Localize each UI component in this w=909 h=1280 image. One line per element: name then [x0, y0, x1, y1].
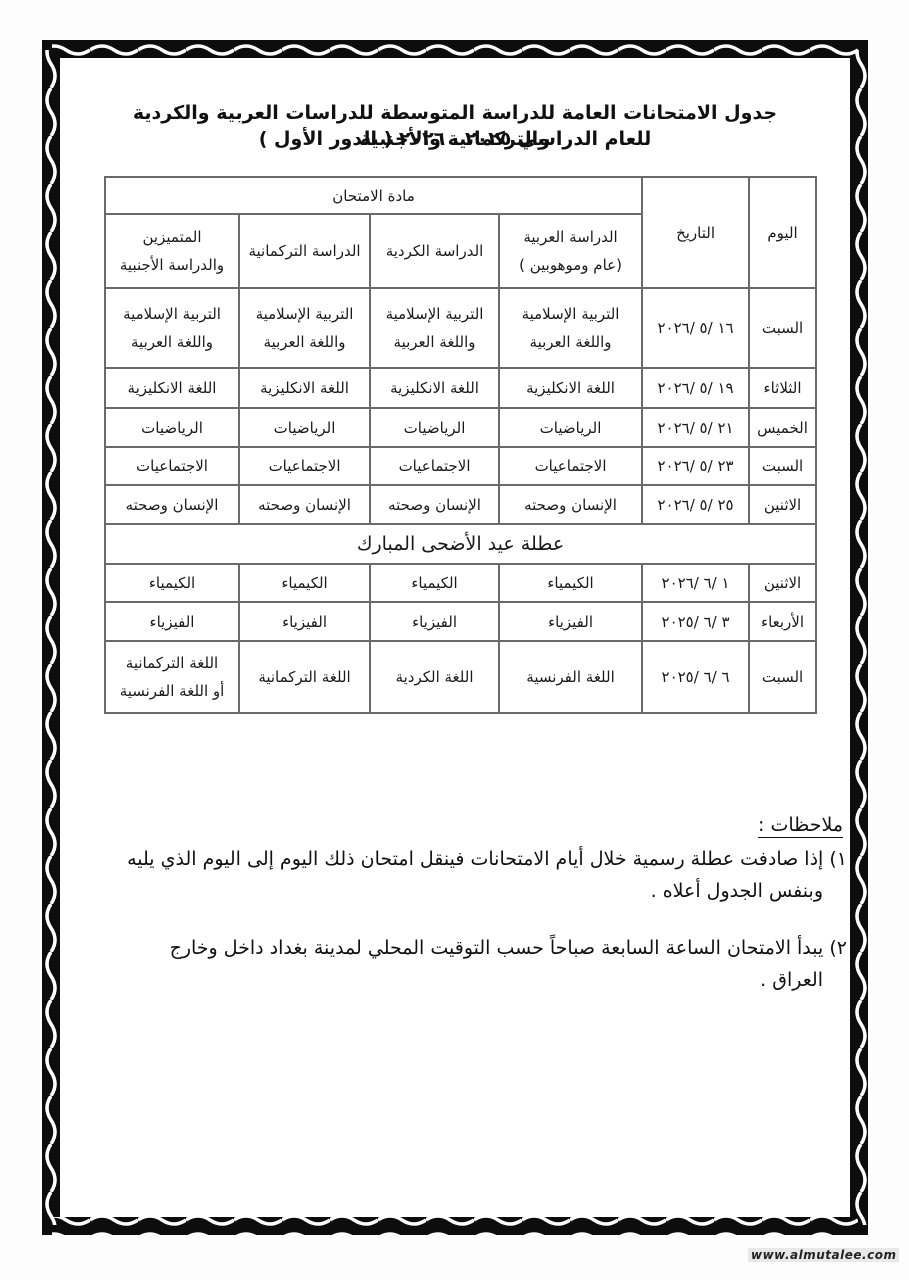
- cell-day: السبت: [749, 641, 816, 713]
- cell-date: ١٦ /٥ /٢٠٢٦: [642, 288, 749, 368]
- header-foreign-line1: المتميزين: [143, 228, 202, 246]
- cell-arabic: الكيمياء: [499, 564, 642, 602]
- cell-day: الأربعاء: [749, 602, 816, 641]
- cell-arabic: التربية الإسلاميةواللغة العربية: [499, 288, 642, 368]
- cell-foreign: اللغة الانكليزية: [105, 368, 239, 408]
- cell-day: الاثنين: [749, 485, 816, 524]
- note-text-continued: وبنفس الجدول أعلاه .: [107, 875, 847, 907]
- note-text-continued: العراق .: [107, 964, 847, 996]
- cell-kurdish: اللغة الانكليزية: [370, 368, 499, 408]
- cell-arabic: الفيزياء: [499, 602, 642, 641]
- cell-foreign: الرياضيات: [105, 408, 239, 447]
- cell-turkmen: اللغة التركمانية: [239, 641, 370, 713]
- table-row: الأربعاء ٣ /٦ /٢٠٢٥ الفيزياء الفيزياء ال…: [105, 602, 816, 641]
- notes-heading: ملاحظات :: [758, 814, 843, 836]
- cell-kurdish: الاجتماعيات: [370, 447, 499, 485]
- cell-arabic: الاجتماعيات: [499, 447, 642, 485]
- header-row-1: اليوم التاريخ مادة الامتحان: [105, 177, 816, 214]
- header-date: التاريخ: [642, 177, 749, 288]
- holiday-row: عطلة عيد الأضحى المبارك: [105, 524, 816, 564]
- cell-date: ٢٥ /٥ /٢٠٢٦: [642, 485, 749, 524]
- cell-arabic: اللغة الانكليزية: [499, 368, 642, 408]
- cell-foreign: اللغة التركمانيةأو اللغة الفرنسية: [105, 641, 239, 713]
- note-text: يبدأ الامتحان الساعة السابعة صباحاً حسب …: [170, 937, 824, 959]
- header-arabic-line2: (عام وموهوبين ): [519, 256, 622, 274]
- exam-schedule-table: اليوم التاريخ مادة الامتحان الدراسة العر…: [104, 176, 817, 714]
- cell-arabic: الرياضيات: [499, 408, 642, 447]
- cell-date: ١٩ /٥ /٢٠٢٦: [642, 368, 749, 408]
- cell-day: الاثنين: [749, 564, 816, 602]
- note-text: إذا صادفت عطلة رسمية خلال أيام الامتحانا…: [127, 848, 823, 870]
- cell-date: ١ /٦ /٢٠٢٦: [642, 564, 749, 602]
- cell-arabic: اللغة الفرنسية: [499, 641, 642, 713]
- note-number: ١): [829, 848, 847, 870]
- cell-day: الخميس: [749, 408, 816, 447]
- cell-day: الثلاثاء: [749, 368, 816, 408]
- cell-turkmen: التربية الإسلاميةواللغة العربية: [239, 288, 370, 368]
- header-subject-group: مادة الامتحان: [105, 177, 642, 214]
- cell-turkmen: الإنسان وصحته: [239, 485, 370, 524]
- cell-turkmen: الاجتماعيات: [239, 447, 370, 485]
- header-foreign-study: المتميزينوالدراسة الأجنبية: [105, 214, 239, 288]
- header-arabic-line1: الدراسة العربية: [523, 228, 617, 246]
- cell-date: ٢٣ /٥ /٢٠٢٦: [642, 447, 749, 485]
- cell-day: السبت: [749, 447, 816, 485]
- note-number: ٢): [829, 937, 847, 959]
- note-item-1: ١) إذا صادفت عطلة رسمية خلال أيام الامتح…: [107, 843, 847, 907]
- cell-kurdish: الإنسان وصحته: [370, 485, 499, 524]
- holiday-label: عطلة عيد الأضحى المبارك: [105, 524, 816, 564]
- cell-turkmen: الفيزياء: [239, 602, 370, 641]
- cell-foreign: الكيمياء: [105, 564, 239, 602]
- cell-kurdish: اللغة الكردية: [370, 641, 499, 713]
- cell-foreign: الاجتماعيات: [105, 447, 239, 485]
- cell-kurdish: الكيمياء: [370, 564, 499, 602]
- table-row: السبت ٦ /٦ /٢٠٢٥ اللغة الفرنسية اللغة ال…: [105, 641, 816, 713]
- header-kurdish-study: الدراسة الكردية: [370, 214, 499, 288]
- table-row: الخميس ٢١ /٥ /٢٠٢٦ الرياضيات الرياضيات ا…: [105, 408, 816, 447]
- header-arabic-study: الدراسة العربية(عام وموهوبين ): [499, 214, 642, 288]
- cell-foreign: التربية الإسلاميةواللغة العربية: [105, 288, 239, 368]
- cell-turkmen: اللغة الانكليزية: [239, 368, 370, 408]
- cell-foreign: الفيزياء: [105, 602, 239, 641]
- table-row: السبت ١٦ /٥ /٢٠٢٦ التربية الإسلاميةواللغ…: [105, 288, 816, 368]
- cell-kurdish: الرياضيات: [370, 408, 499, 447]
- header-foreign-line2: والدراسة الأجنبية: [120, 256, 224, 274]
- header-turkmen-study: الدراسة التركمانية: [239, 214, 370, 288]
- table-row: الثلاثاء ١٩ /٥ /٢٠٢٦ اللغة الانكليزية ال…: [105, 368, 816, 408]
- cell-date: ٣ /٦ /٢٠٢٥: [642, 602, 749, 641]
- cell-day: السبت: [749, 288, 816, 368]
- cell-date: ٦ /٦ /٢٠٢٥: [642, 641, 749, 713]
- cell-foreign: الإنسان وصحته: [105, 485, 239, 524]
- website-watermark: www.almutalee.com: [748, 1248, 899, 1262]
- note-item-2: ٢) يبدأ الامتحان الساعة السابعة صباحاً ح…: [107, 932, 847, 996]
- cell-kurdish: الفيزياء: [370, 602, 499, 641]
- cell-kurdish: التربية الإسلاميةواللغة العربية: [370, 288, 499, 368]
- cell-turkmen: الكيمياء: [239, 564, 370, 602]
- document-subtitle: للعام الدراسي ٢٠٢٥ ـ ٢٠٢٦ ( الدور الأول …: [80, 126, 830, 152]
- cell-turkmen: الرياضيات: [239, 408, 370, 447]
- cell-date: ٢١ /٥ /٢٠٢٦: [642, 408, 749, 447]
- table-row: الاثنين ١ /٦ /٢٠٢٦ الكيمياء الكيمياء الك…: [105, 564, 816, 602]
- table-row: الاثنين ٢٥ /٥ /٢٠٢٦ الإنسان وصحته الإنسا…: [105, 485, 816, 524]
- header-day: اليوم: [749, 177, 816, 288]
- table-row: السبت ٢٣ /٥ /٢٠٢٦ الاجتماعيات الاجتماعيا…: [105, 447, 816, 485]
- cell-arabic: الإنسان وصحته: [499, 485, 642, 524]
